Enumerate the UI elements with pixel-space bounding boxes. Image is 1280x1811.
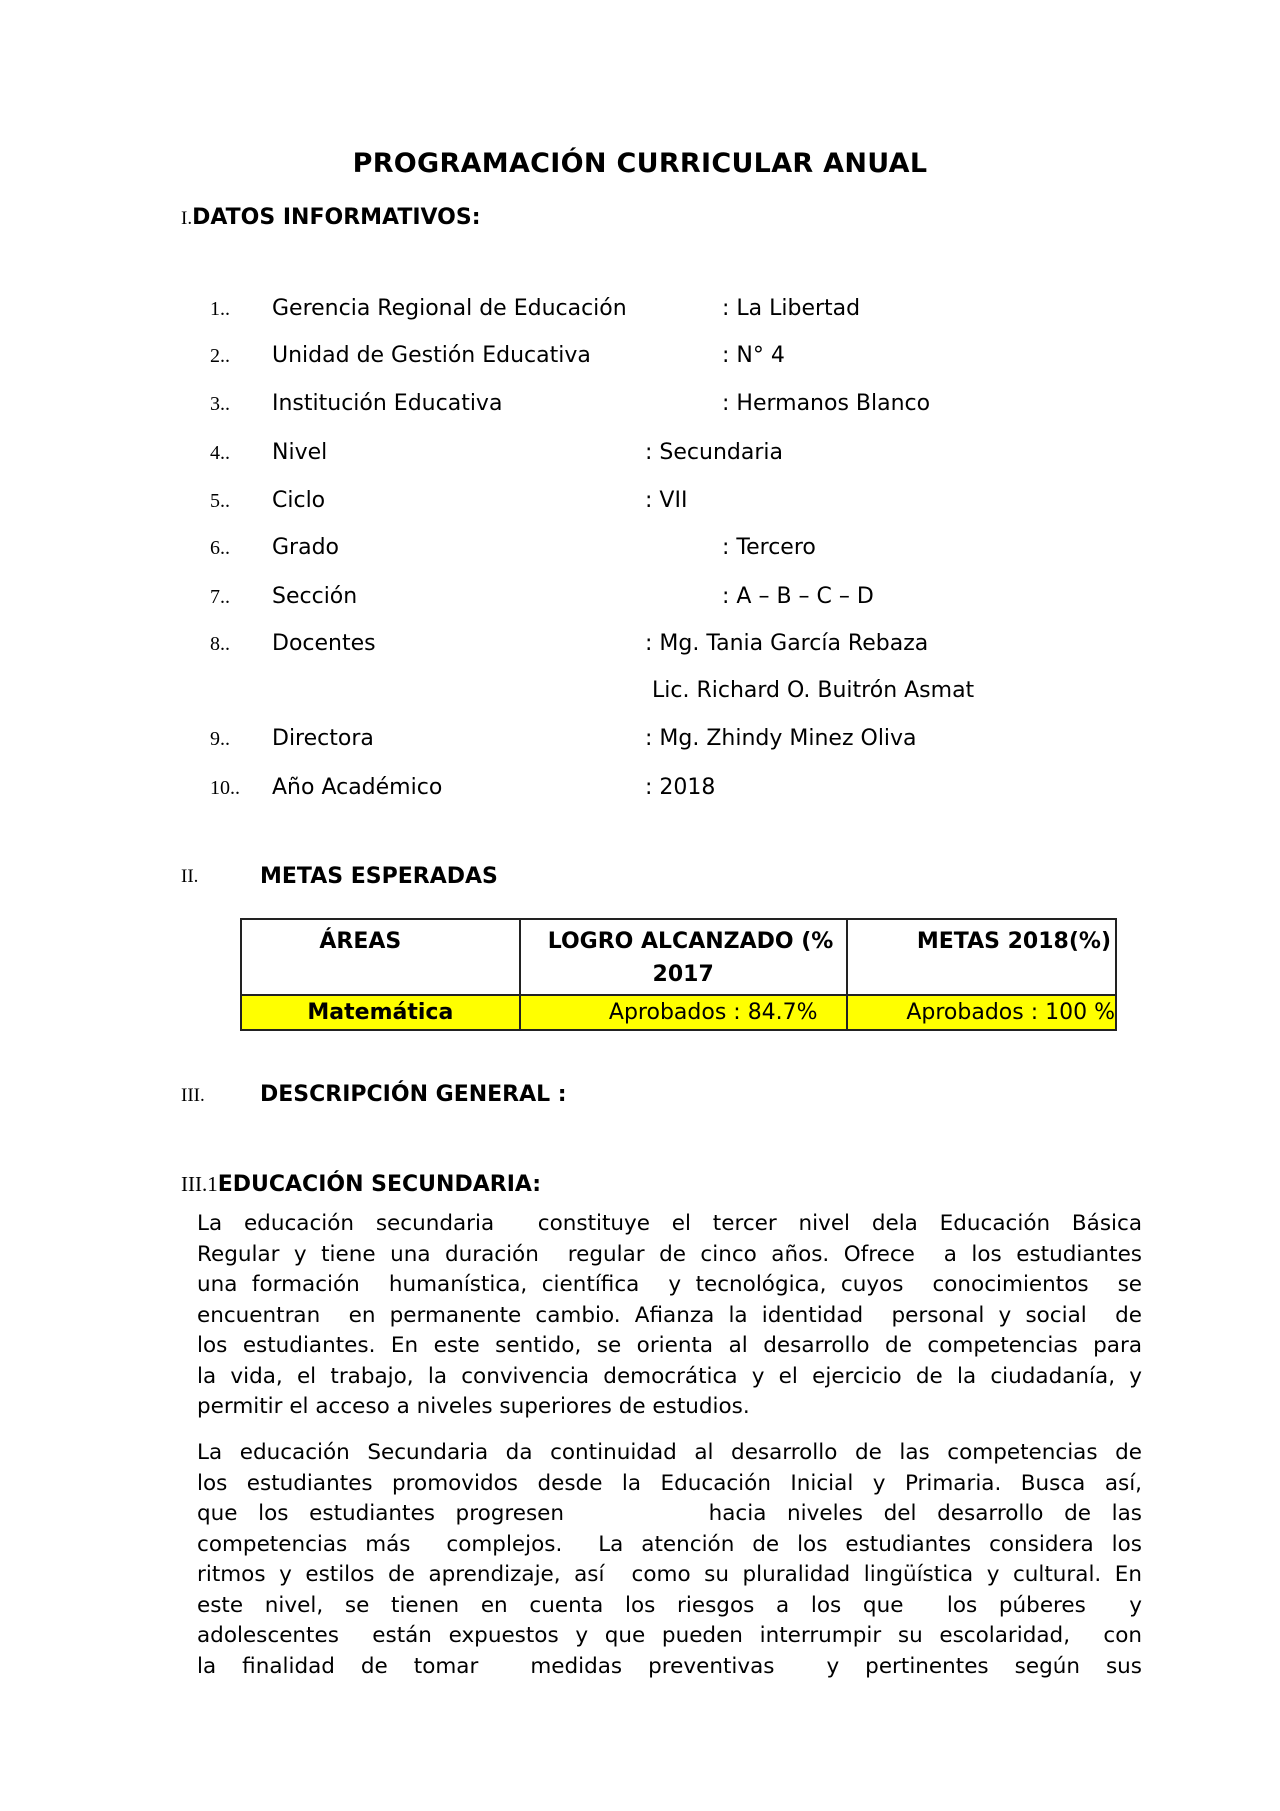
- item-value: : Tercero: [722, 535, 816, 560]
- section-number: III.1: [181, 1172, 218, 1196]
- section-number: II.: [181, 866, 198, 887]
- item-value: : Secundaria: [645, 440, 783, 465]
- item-value: : 2018: [645, 775, 715, 800]
- item-value: : VII: [645, 488, 687, 513]
- cell-meta: Aprobados : 100 %: [847, 995, 1116, 1030]
- item-label: Sección: [272, 584, 357, 609]
- item-number: 10..: [210, 777, 240, 800]
- section-educacion-secundaria: III.1EDUCACIÓN SECUNDARIA:: [181, 1172, 541, 1197]
- cell-area: Matemática: [241, 995, 520, 1030]
- item-label: Nivel: [272, 440, 327, 465]
- paragraph-1: La educación secundaria constituye el te…: [197, 1209, 1142, 1423]
- item-label: Grado: [272, 535, 339, 560]
- item-label: Docentes: [272, 631, 376, 656]
- item-number: 7..: [210, 586, 230, 609]
- item-label: Unidad de Gestión Educativa: [272, 343, 591, 368]
- item-label: Institución Educativa: [272, 391, 502, 416]
- cell-logro: Aprobados : 84.7%: [520, 995, 847, 1030]
- metas-table: ÁREAS LOGRO ALCANZADO (% 2017 METAS 2018…: [240, 918, 1117, 1031]
- section-metas-esperadas: II.: [181, 866, 198, 888]
- header-cell-metas: METAS 2018(%): [847, 919, 1116, 995]
- item-value: : Mg. Zhindy Minez Oliva: [645, 726, 917, 751]
- item-value: : La Libertad: [722, 296, 860, 321]
- item-label: Directora: [272, 726, 374, 751]
- item-number: 3..: [210, 393, 230, 416]
- item-value: : A – B – C – D: [722, 584, 874, 609]
- item-number: 2..: [210, 345, 230, 368]
- section-title: DESCRIPCIÓN GENERAL :: [260, 1082, 567, 1107]
- item-label: Gerencia Regional de Educación: [272, 296, 627, 321]
- table-header-row: ÁREAS LOGRO ALCANZADO (% 2017 METAS 2018…: [241, 919, 1116, 995]
- item-number: 9..: [210, 728, 230, 751]
- section-descripcion-general: III.: [181, 1085, 205, 1107]
- document-title: PROGRAMACIÓN CURRICULAR ANUAL: [0, 148, 1280, 179]
- section-number: I.: [181, 208, 192, 229]
- item-value: : Hermanos Blanco: [722, 391, 930, 416]
- section-title: DATOS INFORMATIVOS:: [192, 205, 480, 230]
- section-title: EDUCACIÓN SECUNDARIA:: [218, 1172, 541, 1197]
- item-number: 6..: [210, 537, 230, 560]
- paragraph-2: La educación Secundaria da continuidad a…: [197, 1438, 1142, 1682]
- item-label: Año Académico: [272, 775, 442, 800]
- item-number: 1..: [210, 298, 230, 321]
- item-value: Lic. Richard O. Buitrón Asmat: [652, 678, 974, 703]
- table-row: Matemática Aprobados : 84.7% Aprobados :…: [241, 995, 1116, 1030]
- header-cell-logro: LOGRO ALCANZADO (% 2017: [520, 919, 847, 995]
- item-number: 8..: [210, 633, 230, 656]
- section-title: METAS ESPERADAS: [260, 864, 498, 889]
- header-cell-areas: ÁREAS: [241, 919, 520, 995]
- section-datos-informativos: I.DATOS INFORMATIVOS:: [181, 205, 481, 230]
- item-value: : Mg. Tania García Rebaza: [645, 631, 928, 656]
- section-number: III.: [181, 1085, 205, 1106]
- item-number: 5..: [210, 490, 230, 513]
- item-value: : N° 4: [722, 343, 785, 368]
- item-number: 4..: [210, 442, 230, 465]
- item-label: Ciclo: [272, 488, 325, 513]
